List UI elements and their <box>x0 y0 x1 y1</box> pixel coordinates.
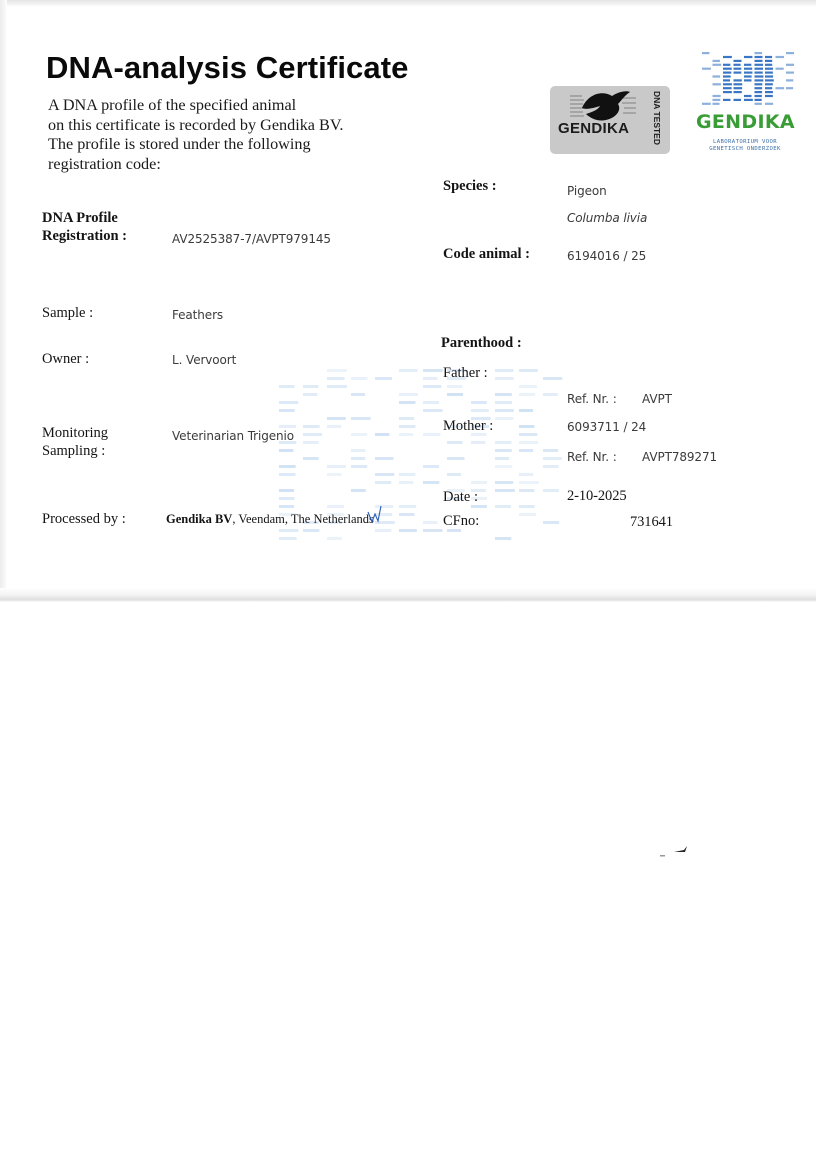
parenthood-label: Parenthood : <box>441 334 522 352</box>
intro-text: A DNA profile of the specified animal on… <box>48 96 343 174</box>
monitoring-value: Veterinarian Trigenio <box>172 428 294 444</box>
code-animal-value: 6194016 / 25 <box>567 248 646 264</box>
scan-bottom-edge <box>0 588 816 602</box>
date-label: Date : <box>443 488 478 506</box>
intro-line: A DNA profile of the specified animal <box>48 96 343 116</box>
father-ref-value: AVPT <box>642 391 672 407</box>
processed-by-value: Gendika BV, Veendam, The Netherlands <box>166 512 374 527</box>
cfno-value: 731641 <box>630 514 673 530</box>
father-ref-label: Ref. Nr. : <box>567 391 617 407</box>
cfno-label: CFno: <box>443 512 479 530</box>
mother-ref-label: Ref. Nr. : <box>567 449 617 465</box>
owner-value: L. Vervoort <box>172 352 236 368</box>
scan-speck <box>660 840 690 860</box>
owner-label: Owner : <box>42 350 89 368</box>
code-animal-label: Code animal : <box>443 245 530 263</box>
registration-label: Registration : <box>42 227 127 245</box>
badge-brand-name: GENDIKA <box>558 120 629 137</box>
father-label: Father : <box>443 364 488 382</box>
signature-mark-icon <box>366 504 386 524</box>
certificate-title: DNA-analysis Certificate <box>46 50 408 86</box>
mother-label: Mother : <box>443 417 493 435</box>
intro-line: The profile is stored under the followin… <box>48 135 343 155</box>
badge-side-text: DNA TESTED <box>648 88 662 148</box>
sample-label: Sample : <box>42 304 93 322</box>
species-label: Species : <box>443 177 497 195</box>
dna-profile-label: DNA Profile <box>42 209 118 227</box>
dna-tested-badge: GENDIKA DNA TESTED <box>550 86 670 154</box>
dna-bands-g-icon <box>698 50 794 106</box>
intro-line: registration code: <box>48 155 343 175</box>
sampling-label: Sampling : <box>42 442 105 460</box>
intro-line: on this certificate is recorded by Gendi… <box>48 116 343 136</box>
monitoring-label: Monitoring <box>42 424 108 442</box>
date-value: 2-10-2025 <box>567 488 627 504</box>
processed-by-label: Processed by : <box>42 510 126 528</box>
gendika-tagline: LABORATORIUM VOOR GENETISCH ONDERZOEK <box>696 139 794 153</box>
species-common-value: Pigeon <box>567 183 607 199</box>
gendika-logo: GENDIKA LABORATORIUM VOOR GENETISCH ONDE… <box>696 50 796 162</box>
gendika-brand-name: GENDIKA <box>696 111 794 133</box>
certificate: DNA-analysis Certificate A DNA profile o… <box>0 0 816 600</box>
mother-ref-value: AVPT789271 <box>642 449 717 465</box>
mother-code-value: 6093711 / 24 <box>567 419 646 435</box>
species-latin-value: Columba livia <box>567 210 647 226</box>
sample-value: Feathers <box>172 307 223 323</box>
processed-location: , Veendam, The Netherlands <box>232 512 374 526</box>
dna-profile-registration-value: AV2525387-7/AVPT979145 <box>172 231 331 247</box>
scan-left-edge <box>0 0 7 600</box>
scan-top-edge <box>0 0 816 7</box>
processed-company: Gendika BV <box>166 512 232 526</box>
